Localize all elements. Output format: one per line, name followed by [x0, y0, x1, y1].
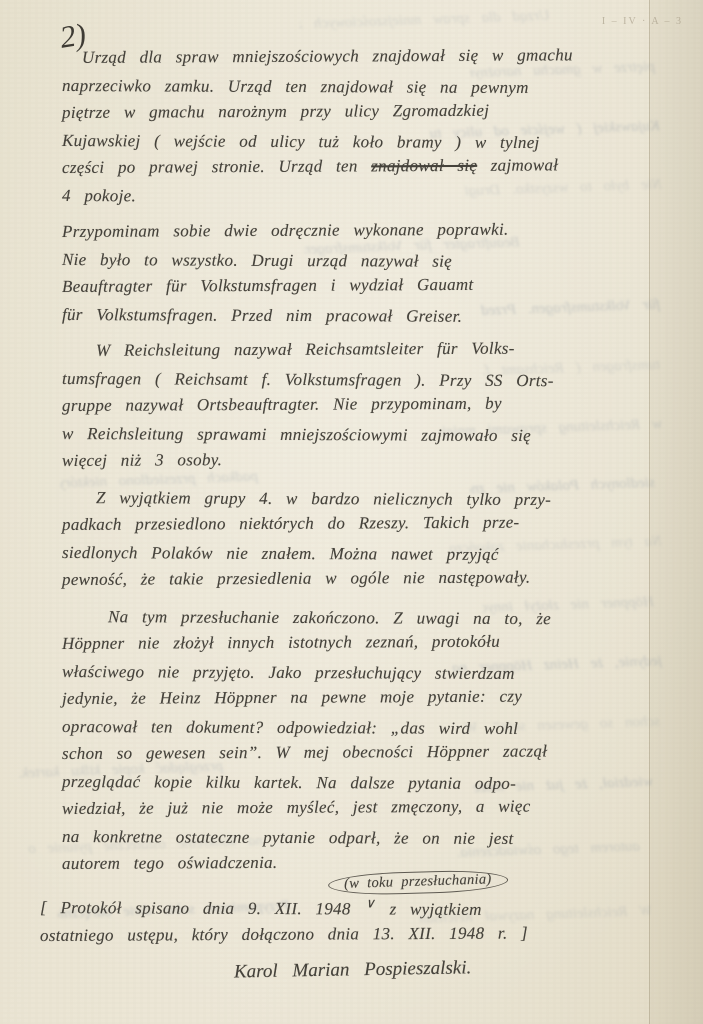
manuscript-line: W Reichsleitung nazywał Reichsamtsleiter… — [62, 334, 630, 364]
manuscript-line: Przypominam sobie dwie odręcznie wykonan… — [62, 215, 630, 245]
manuscript-line: Urząd dla spraw mniejszościowych znajdow… — [62, 41, 630, 71]
manuscript-line: więcej niż 3 osoby. — [62, 444, 630, 474]
signature: Karol Marian Pospieszalski. — [234, 954, 630, 983]
archival-corner-mark: I – IV · A – 3 — [602, 16, 683, 27]
manuscript-line: ostatniego ustępu, który dołączono dnia … — [40, 919, 630, 950]
manuscript-text-block: Urząd dla spraw mniejszościowych znajdow… — [62, 44, 630, 980]
line-text: [ Protokół spisano dnia 9. XII. 1948 — [40, 898, 364, 918]
manuscript-line: padkach przesiedlono niektórych do Rzesz… — [62, 508, 630, 538]
manuscript-line: schon so gewesen sein”. W mej obecności … — [62, 737, 630, 767]
bleed-through-text: Urząd dla spraw mniejszościowych znajdow… — [300, 8, 550, 34]
manuscript-line: gruppe nazywał Ortsbeauftragter. Nie prz… — [62, 389, 630, 419]
manuscript-scan: { "document": { "page_number": "2)", "co… — [0, 0, 703, 1024]
manuscript-line: części po prawej stronie. Urząd ten znaj… — [62, 151, 630, 181]
manuscript-body: Urząd dla spraw mniejszościowych znajdow… — [62, 44, 630, 950]
manuscript-line: für Volkstumsfragen. Przed nim pracował … — [62, 301, 630, 331]
line-text: z wyjątkiem — [376, 899, 482, 918]
manuscript-line: Beauftragter für Volkstumsfragen i wydzi… — [62, 270, 630, 300]
line-text: zajmował — [477, 155, 558, 174]
manuscript-line: piętrze w gmachu narożnym przy ulicy Zgr… — [62, 96, 630, 126]
manuscript-line: 4 pokoje. — [62, 182, 630, 212]
manuscript-line: Höppner nie złożył innych istotnych zezn… — [62, 627, 630, 657]
manuscript-line: jedynie, że Heinz Höppner na pewne moje … — [62, 682, 630, 712]
line-text: części po prawej stronie. Urząd ten — [62, 156, 371, 177]
struck-words: znajdował się — [371, 156, 477, 176]
manuscript-line: pewność, że takie przesiedlenia w ogóle … — [62, 563, 630, 593]
manuscript-line: wiedział, że już nie może myśleć, jest z… — [62, 792, 630, 822]
manuscript-line: autorem tego oświadczenia. — [62, 847, 630, 877]
page-number: 2) — [57, 16, 88, 56]
